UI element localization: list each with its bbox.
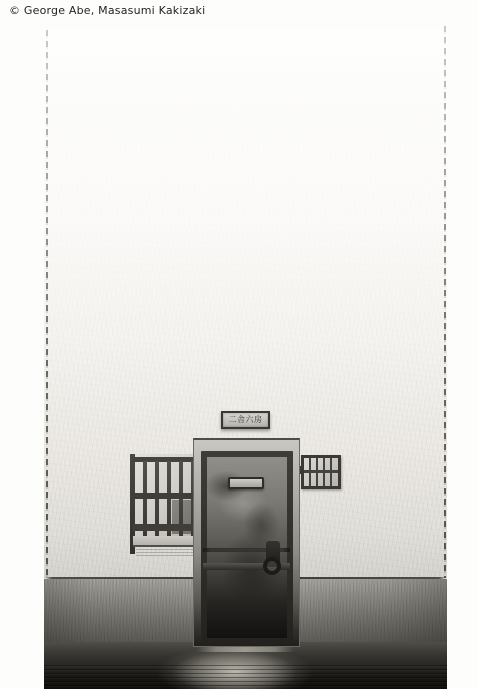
door-peep-slot xyxy=(228,477,264,489)
door-sill-highlight xyxy=(197,647,294,652)
wall-corner-line-right xyxy=(444,26,446,578)
cell-door xyxy=(193,438,300,647)
cell-sign-plaque: 二舎六房 xyxy=(221,411,270,429)
copyright-credit: © George Abe, Masasumi Kakizaki xyxy=(9,4,205,17)
vent-window xyxy=(301,455,341,489)
artwork-canvas: © George Abe, Masasumi Kakizaki xyxy=(0,0,477,689)
cell-sign-text: 二舎六房 xyxy=(229,416,263,424)
wall-corner-line-left xyxy=(46,30,48,578)
floor-streaks xyxy=(44,665,447,689)
vent-mid-rail xyxy=(304,470,338,473)
padlock-shackle xyxy=(263,557,281,575)
